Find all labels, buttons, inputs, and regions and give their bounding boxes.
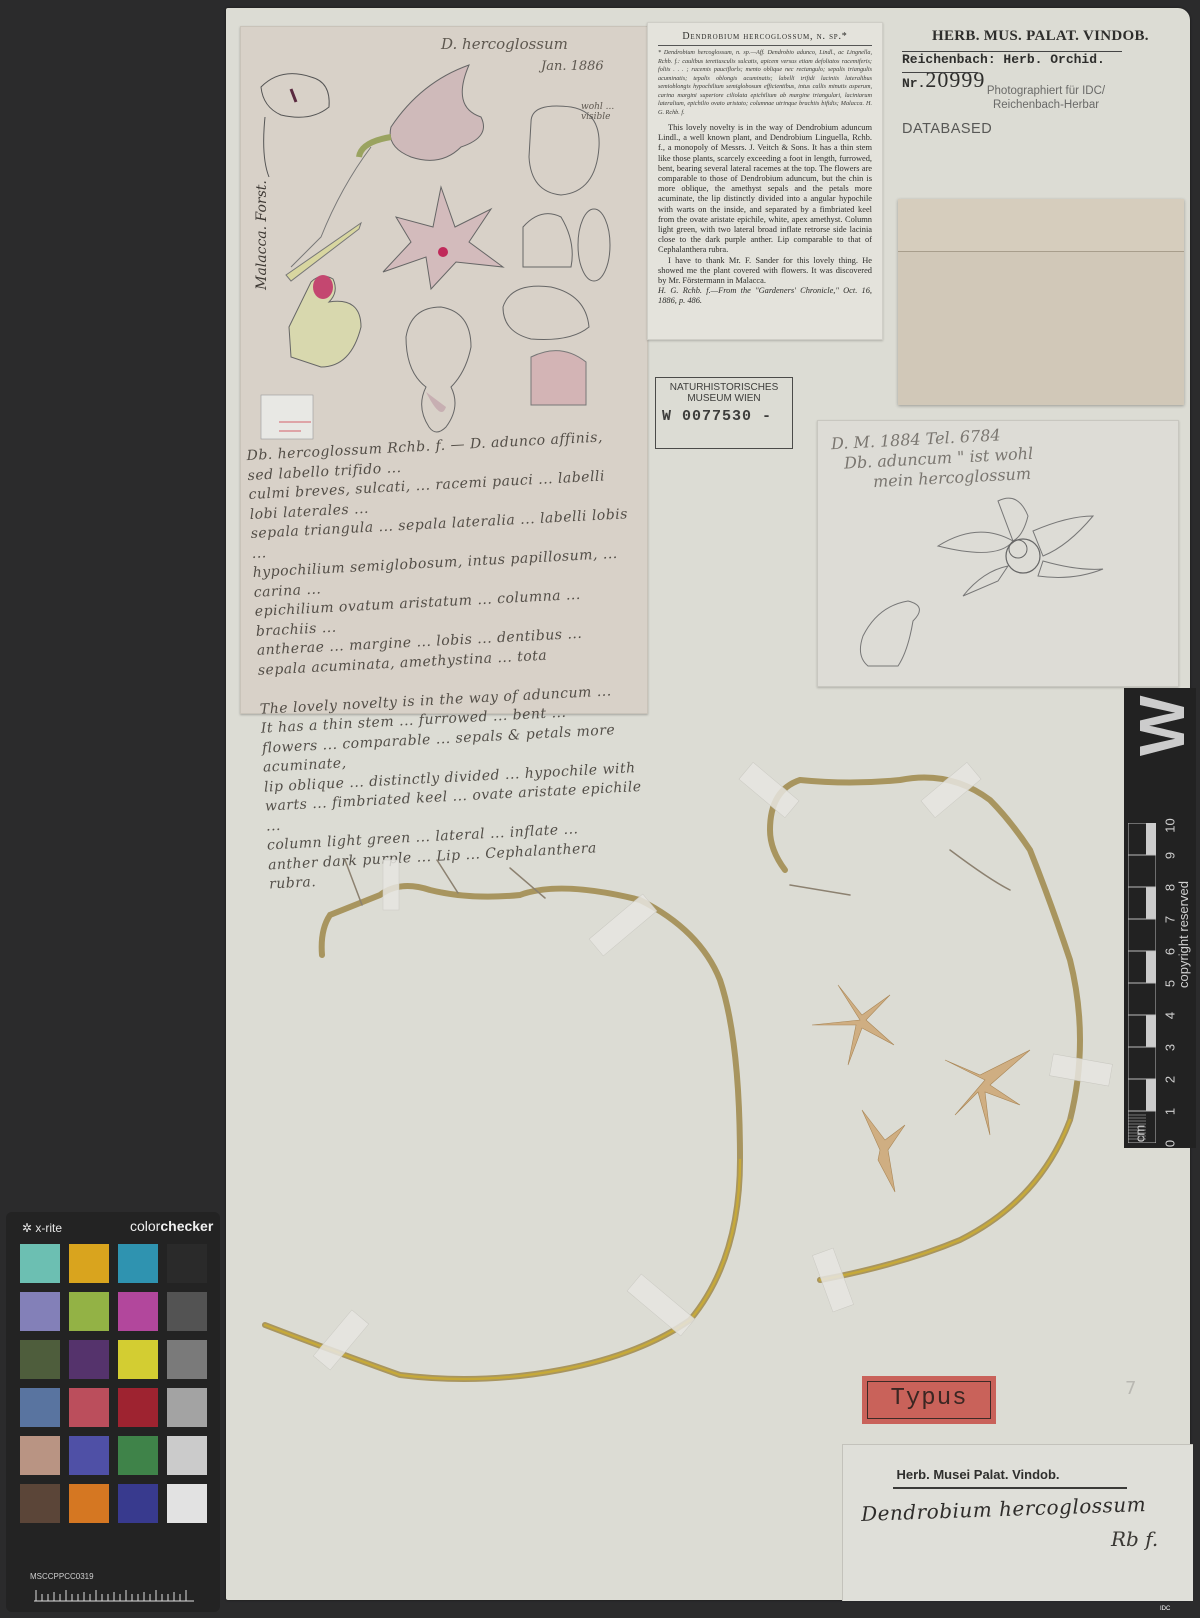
taxon-author: Rb f. [1111,1527,1158,1551]
color-swatch [118,1292,158,1331]
color-swatch [167,1292,207,1331]
divider [893,1487,1127,1489]
color-swatch [69,1388,109,1427]
typus-text: Typus [867,1381,991,1419]
determination-header: Herb. Musei Palat. Vindob. [843,1467,1193,1482]
color-swatch [20,1388,60,1427]
mm-ruler [34,1588,204,1602]
color-swatch-grid [20,1244,212,1523]
xrite-icon: ✲ [22,1221,35,1235]
color-swatch [69,1436,109,1475]
color-swatch [118,1388,158,1427]
color-swatch [167,1484,207,1523]
colorchecker-title: colorchecker [130,1218,213,1234]
typus-label: Typus [862,1376,996,1424]
color-swatch [118,1484,158,1523]
color-swatch [20,1484,60,1523]
color-checker-card: ✲ x-rite colorchecker MSCCPPCC0319 [6,1212,220,1612]
color-swatch [20,1436,60,1475]
color-swatch [69,1484,109,1523]
color-swatch [167,1244,207,1283]
color-swatch [20,1244,60,1283]
color-swatch [69,1292,109,1331]
color-swatch [167,1436,207,1475]
determination-label: Herb. Musei Palat. Vindob. Dendrobium he… [842,1444,1193,1601]
color-swatch [118,1340,158,1379]
taxon-name: Dendrobium hercoglossum [861,1492,1147,1526]
color-swatch [167,1388,207,1427]
color-swatch [20,1340,60,1379]
color-swatch [167,1340,207,1379]
xrite-logo: ✲ x-rite [22,1221,62,1235]
color-swatch [20,1292,60,1331]
idc-logo: IDC [1160,1606,1194,1616]
pencil-mark: 7 [1125,1378,1136,1399]
color-swatch [118,1244,158,1283]
color-swatch [69,1244,109,1283]
color-swatch [69,1340,109,1379]
colorchecker-code: MSCCPPCC0319 [30,1572,94,1581]
color-swatch [118,1436,158,1475]
